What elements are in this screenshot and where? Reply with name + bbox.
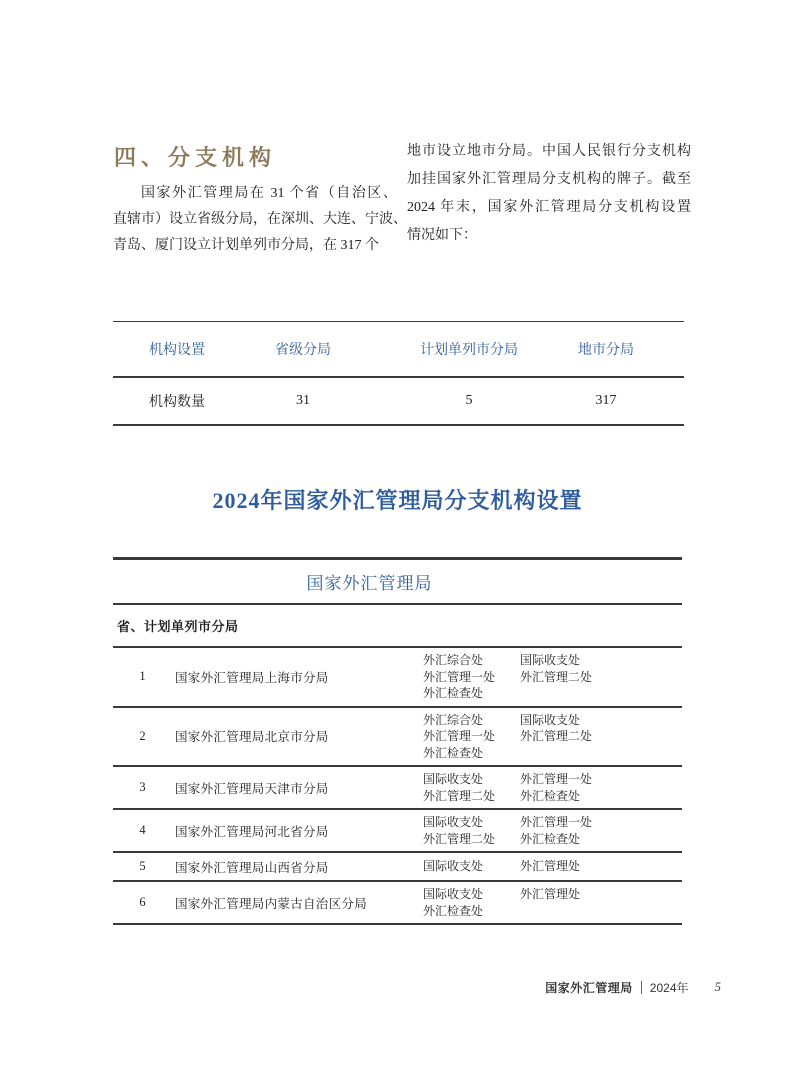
department-name: 外汇检查处 [423,903,520,920]
paragraph-line: 直辖市）设立省级分局，在深圳、大连、宁波、 [113,207,397,233]
branch-name: 国家外汇管理局内蒙古自治区分局 [166,894,419,912]
department-name: 外汇管理二处 [520,669,682,686]
summary-header-prefecture-branches: 地市分局 [573,339,684,359]
footer-year: 2024年 [650,979,689,996]
summary-value-prefecture: 317 [573,393,684,409]
paragraph-line: 国家外汇管理局在 31 个省（自治区、 [113,181,397,207]
branch-name: 国家外汇管理局河北省分局 [166,822,419,840]
row-number: 4 [113,823,164,838]
departments-col-b: 外汇管理处 [520,858,682,875]
table-row: 3国家外汇管理局天津市分局国际收支处外汇管理二处外汇管理一处外汇检查处 [113,767,682,810]
department-name: 外汇检查处 [520,788,682,805]
departments-col-a: 国际收支处外汇管理二处 [421,771,520,804]
departments-col-b: 国际收支处外汇管理二处 [520,712,682,762]
summary-table: 机构设置 省级分局 计划单列市分局 地市分局 机构数量 31 5 317 [113,321,684,426]
table-row: 2国家外汇管理局北京市分局外汇综合处外汇管理一处外汇检查处国际收支处外汇管理二处 [113,708,682,768]
summary-header-planned-city-branches: 计划单列市分局 [365,339,573,359]
footer-organization: 国家外汇管理局 [545,979,633,996]
department-name: 外汇综合处 [423,712,520,729]
branch-name: 国家外汇管理局山西省分局 [166,858,419,876]
branch-rows: 1国家外汇管理局上海市分局外汇综合处外汇管理一处外汇检查处国际收支处外汇管理二处… [113,648,682,925]
departments-col-b: 外汇管理一处外汇检查处 [520,771,682,804]
summary-table-header-row: 机构设置 省级分局 计划单列市分局 地市分局 [113,322,684,378]
department-name: 外汇管理二处 [423,788,520,805]
department-name: 外汇管理处 [520,858,682,875]
department-name: 外汇综合处 [423,652,520,669]
department-name: 外汇检查处 [423,745,520,762]
departments-cell: 国际收支处外汇管理处 [421,854,682,879]
row-number: 1 [113,669,164,684]
department-name: 国际收支处 [423,858,520,875]
department-name: 国际收支处 [423,886,520,903]
paragraph-line: 地市设立地市分局。中国人民银行分支机构 [407,138,691,166]
row-number: 2 [113,729,164,744]
branch-table-group-label: 省、计划单列市分局 [113,605,682,648]
department-name: 外汇管理一处 [520,814,682,831]
branch-name: 国家外汇管理局上海市分局 [166,668,419,686]
branch-name: 国家外汇管理局天津市分局 [166,779,419,797]
footer-divider [641,981,642,994]
departments-cell: 外汇综合处外汇管理一处外汇检查处国际收支处外汇管理二处 [421,708,682,766]
section-heading: 四、分支机构 [114,141,276,172]
departments-col-a: 国际收支处外汇检查处 [421,886,520,919]
department-name: 外汇管理二处 [520,728,682,745]
branch-table: 国家外汇管理局 省、计划单列市分局 1国家外汇管理局上海市分局外汇综合处外汇管理… [113,557,682,925]
row-number: 3 [113,780,164,795]
department-name: 外汇管理一处 [520,771,682,788]
departments-col-a: 外汇综合处外汇管理一处外汇检查处 [421,652,520,702]
department-name: 外汇管理一处 [423,728,520,745]
document-page: 四、分支机构 国家外汇管理局在 31 个省（自治区、直辖市）设立省级分局，在深圳… [0,0,794,1077]
diagram-title: 2024年国家外汇管理局分支机构设置 [113,484,682,515]
department-name: 国际收支处 [423,771,520,788]
departments-col-a: 国际收支处 [421,858,520,875]
department-name: 国际收支处 [423,814,520,831]
table-row: 6国家外汇管理局内蒙古自治区分局国际收支处外汇检查处外汇管理处 [113,882,682,925]
summary-table-data-row: 机构数量 31 5 317 [113,378,684,426]
row-number: 5 [113,859,164,874]
intro-paragraph-right: 地市设立地市分局。中国人民银行分支机构加挂国家外汇管理局分支机构的牌子。截至20… [407,138,691,250]
departments-col-a: 国际收支处外汇管理二处 [421,814,520,847]
department-name: 外汇检查处 [520,831,682,848]
departments-col-b: 国际收支处外汇管理二处 [520,652,682,702]
table-row: 1国家外汇管理局上海市分局外汇综合处外汇管理一处外汇检查处国际收支处外汇管理二处 [113,648,682,708]
department-name: 外汇管理二处 [423,831,520,848]
summary-header-provincial-branches: 省级分局 [241,339,365,359]
summary-row-label: 机构数量 [113,391,241,411]
departments-cell: 外汇综合处外汇管理一处外汇检查处国际收支处外汇管理二处 [421,648,682,706]
paragraph-line: 2024 年末，国家外汇管理局分支机构设置 [407,194,691,222]
intro-paragraph-left: 国家外汇管理局在 31 个省（自治区、直辖市）设立省级分局，在深圳、大连、宁波、… [113,181,397,259]
departments-cell: 国际收支处外汇管理二处外汇管理一处外汇检查处 [421,767,682,808]
paragraph-line: 加挂国家外汇管理局分支机构的牌子。截至 [407,166,691,194]
departments-cell: 国际收支处外汇检查处外汇管理处 [421,882,682,923]
summary-value-planned-city: 5 [365,393,573,409]
departments-col-b: 外汇管理处 [520,886,682,919]
page-number: 5 [715,979,722,995]
department-name: 外汇管理处 [520,886,682,903]
paragraph-line: 青岛、厦门设立计划单列市分局，在 317 个 [113,233,397,259]
row-number: 6 [113,895,164,910]
department-name: 外汇检查处 [423,685,520,702]
department-name: 外汇管理一处 [423,669,520,686]
department-name: 国际收支处 [520,652,682,669]
summary-header-institution-setup: 机构设置 [113,339,241,359]
page-footer: 国家外汇管理局 2024年 5 [545,978,721,996]
departments-col-b: 外汇管理一处外汇检查处 [520,814,682,847]
branch-name: 国家外汇管理局北京市分局 [166,727,419,745]
department-name: 国际收支处 [520,712,682,729]
summary-value-provincial: 31 [241,393,365,409]
table-row: 4国家外汇管理局河北省分局国际收支处外汇管理二处外汇管理一处外汇检查处 [113,810,682,853]
departments-col-a: 外汇综合处外汇管理一处外汇检查处 [421,712,520,762]
departments-cell: 国际收支处外汇管理二处外汇管理一处外汇检查处 [421,810,682,851]
table-row: 5国家外汇管理局山西省分局国际收支处外汇管理处 [113,853,682,882]
branch-table-title: 国家外汇管理局 [113,560,682,605]
paragraph-line: 情况如下： [407,222,691,250]
